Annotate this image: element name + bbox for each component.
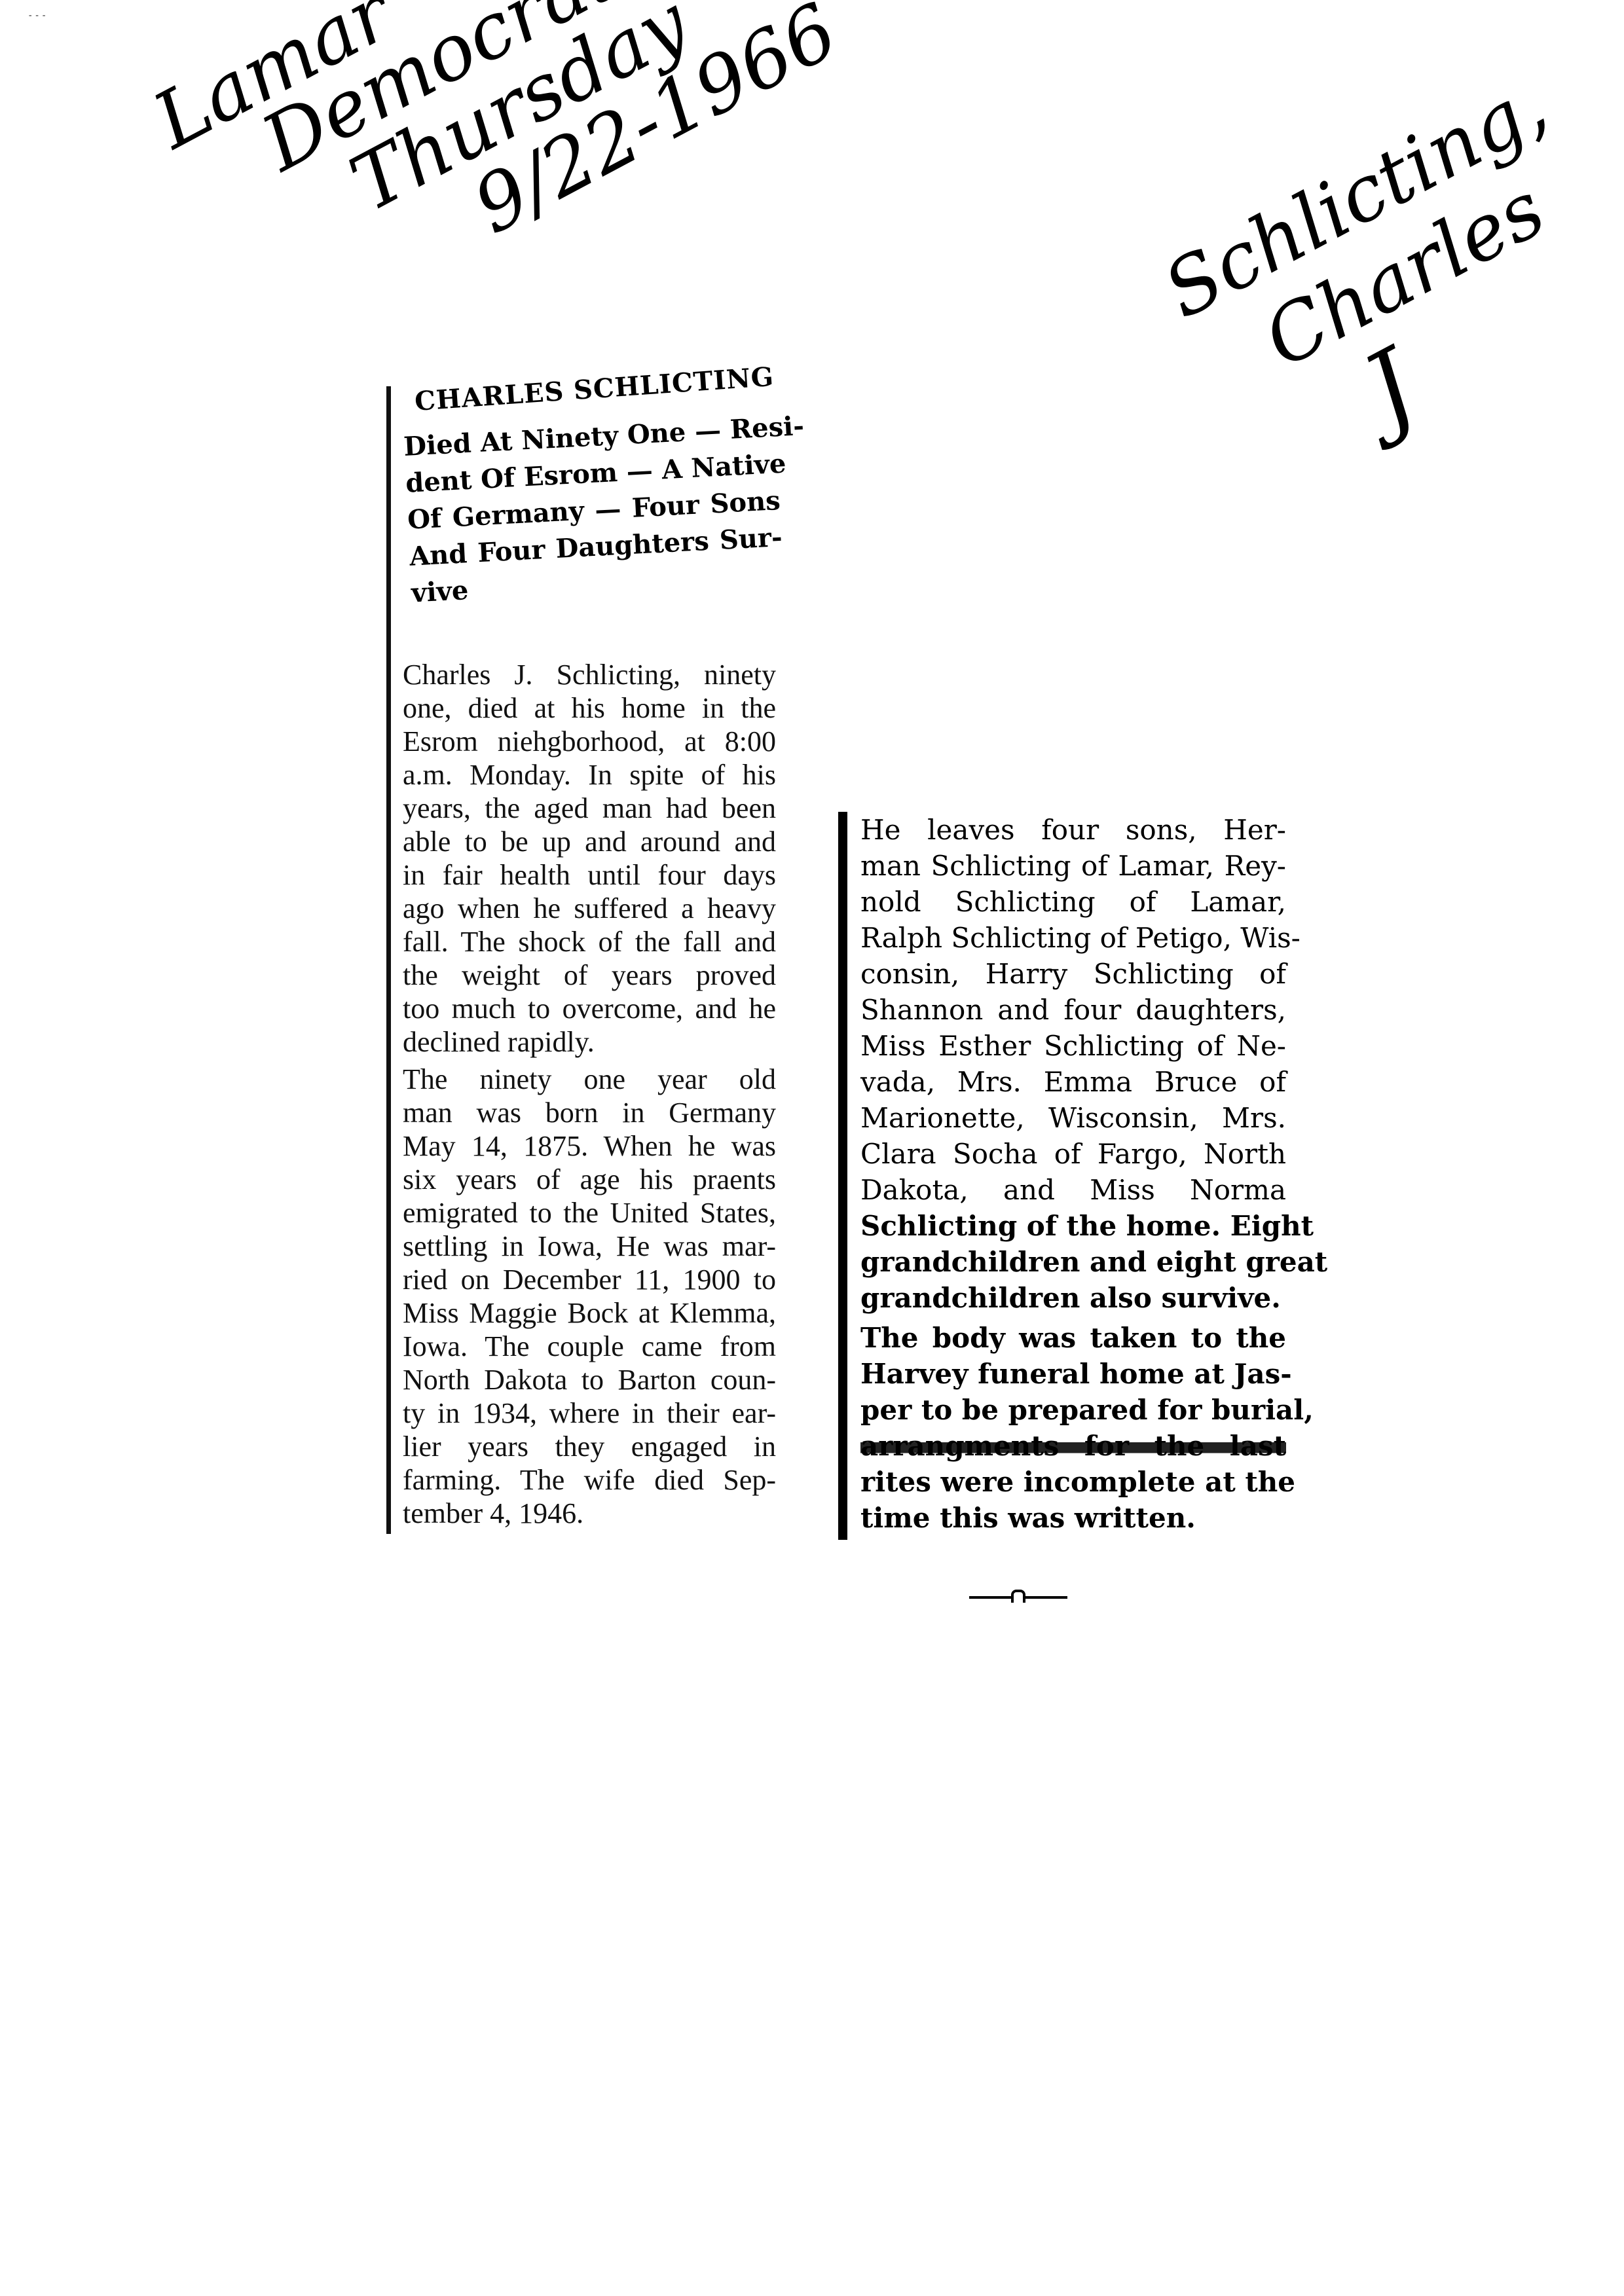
text-line: Harvey funeral home at Jas- — [860, 1356, 1286, 1392]
handwritten-subject-name: Schlicting, Charles J — [1153, 65, 1624, 502]
obituary-headline: CHARLES SCHLICTING — [414, 361, 775, 417]
text-line: Dakota, and Miss Norma — [860, 1172, 1286, 1208]
text-line: Miss Maggie Bock at Klemma, — [403, 1296, 776, 1330]
obituary-deck: Died At Ninety One — Resi- dent Of Esrom… — [403, 409, 785, 611]
text-line: He leaves four sons, Her- — [860, 812, 1286, 848]
clipping-right-column: He leaves four sons, Her- man Schlicting… — [838, 812, 1286, 1540]
text-line: tember 4, 1946. — [403, 1497, 776, 1530]
text-line: The ninety one year old — [403, 1063, 776, 1096]
text-line: a.m. Monday. In spite of his — [403, 758, 776, 792]
text-line: farming. The wife died Sep- — [403, 1463, 776, 1497]
text-line: Charles J. Schlicting, ninety — [403, 658, 776, 691]
text-line: lier years they engaged in — [403, 1430, 776, 1463]
text-line: grandchildren and eight great — [860, 1244, 1286, 1280]
text-line: ty in 1934, where in their ear- — [403, 1396, 776, 1430]
text-line: Esrom niehgborhood, at 8:00 — [403, 725, 776, 758]
text-line: Ralph Schlicting of Petigo, Wis- — [860, 920, 1286, 956]
text-line: six years of age his praents — [403, 1163, 776, 1196]
text-line: years, the aged man had been — [403, 792, 776, 825]
text-line: per to be prepared for burial, — [860, 1392, 1286, 1428]
text-line: ago when he suffered a heavy — [403, 892, 776, 925]
clipping-left-column: CHARLES SCHLICTING Died At Ninety One — … — [386, 386, 776, 1534]
handwritten-source-note: Lamar Democrat Thursday 9/22-1966 — [131, 0, 849, 365]
text-line: Miss Esther Schlicting of Ne- — [860, 1028, 1286, 1064]
text-line: consin, Harry Schlicting of — [860, 956, 1286, 992]
obituary-body-left: Charles J. Schlicting, ninety one, died … — [403, 658, 776, 1530]
text-line: fall. The shock of the fall and — [403, 925, 776, 958]
paragraph-biography: The ninety one year old man was born in … — [403, 1063, 776, 1530]
text-line: Iowa. The couple came from — [403, 1330, 776, 1363]
text-line-smudged: arrangments for the last — [860, 1428, 1286, 1464]
text-line: grandchildren also survive. — [860, 1280, 1286, 1316]
text-line: declined rapidly. — [403, 1025, 776, 1059]
text-line: too much to overcome, and he — [403, 992, 776, 1025]
text-line: settling in Iowa, He was mar- — [403, 1230, 776, 1263]
text-line: the weight of years proved — [403, 958, 776, 992]
text-line: able to be up and around and — [403, 825, 776, 858]
text-line: Marionette, Wisconsin, Mrs. — [860, 1100, 1286, 1136]
scan-mark: --- — [28, 10, 48, 21]
text-line: rites were incomplete at the — [860, 1464, 1286, 1500]
text-line: man was born in Germany — [403, 1096, 776, 1129]
paragraph-death: Charles J. Schlicting, ninety one, died … — [403, 658, 776, 1059]
text-line: Shannon and four daughters, — [860, 992, 1286, 1028]
text-line: ried on December 11, 1900 to — [403, 1263, 776, 1296]
text-line: one, died at his home in the — [403, 691, 776, 725]
text-line: time this was written. — [860, 1500, 1286, 1536]
text-line: May 14, 1875. When he was — [403, 1129, 776, 1163]
paragraph-survivors: He leaves four sons, Her- man Schlicting… — [860, 812, 1286, 1316]
text-line: nold Schlicting of Lamar, — [860, 884, 1286, 920]
paragraph-funeral: The body was taken to the Harvey funeral… — [860, 1320, 1286, 1536]
obituary-body-right: He leaves four sons, Her- man Schlicting… — [860, 812, 1286, 1536]
text-line: The body was taken to the — [860, 1320, 1286, 1356]
text-line: Clara Socha of Fargo, North — [860, 1136, 1286, 1172]
text-line: emigrated to the United States, — [403, 1196, 776, 1230]
text-line: man Schlicting of Lamar, Rey- — [860, 848, 1286, 884]
text-line: in fair health until four days — [403, 858, 776, 892]
end-of-article-rule — [969, 1596, 1067, 1599]
text-line: North Dakota to Barton coun- — [403, 1363, 776, 1396]
text-line: Schlicting of the home. Eight — [860, 1208, 1286, 1244]
text-line: vada, Mrs. Emma Bruce of — [860, 1064, 1286, 1100]
